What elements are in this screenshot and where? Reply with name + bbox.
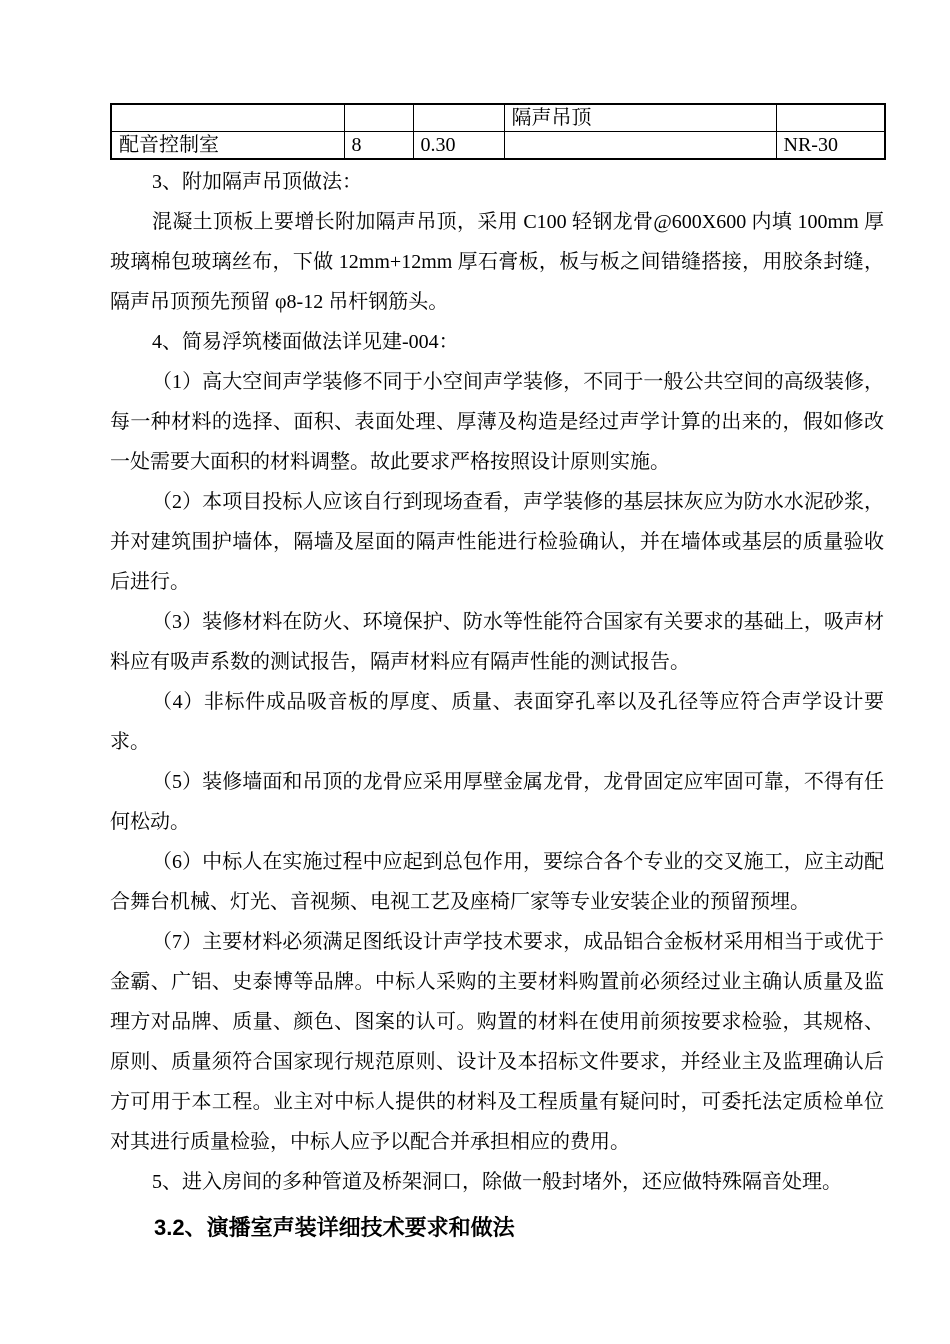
table-row: 配音控制室 8 0.30 NR-30: [111, 132, 885, 160]
paragraph-requirement-3: （3）装修材料在防火、环境保护、防水等性能符合国家有关要求的基础上，吸声材料应有…: [110, 602, 884, 682]
paragraph-requirement-6: （6）中标人在实施过程中应起到总包作用，要综合各个专业的交叉施工，应主动配合舞台…: [110, 842, 884, 922]
table-cell-treatment: 隔声吊顶: [504, 104, 776, 132]
table-cell-value-2: [413, 104, 504, 132]
table-cell-room: [111, 104, 344, 132]
document-page: { "document": { "colors": { "background"…: [0, 0, 950, 1344]
table-cell-treatment: [504, 132, 776, 160]
document-body: 3、附加隔声吊顶做法： 混凝土顶板上要增长附加隔声吊顶，采用 C100 轻钢龙骨…: [110, 162, 884, 1250]
paragraph-ceiling-method: 混凝土顶板上要增长附加隔声吊顶，采用 C100 轻钢龙骨@600X600 内填 …: [110, 202, 884, 322]
table-cell-value-2: 0.30: [413, 132, 504, 160]
table-cell-value-1: 8: [344, 132, 413, 160]
paragraph-requirement-4: （4）非标件成品吸音板的厚度、质量、表面穿孔率以及孔径等应符合声学设计要求。: [110, 682, 884, 762]
table-cell-room: 配音控制室: [111, 132, 344, 160]
table-cell-noise-level: [776, 104, 885, 132]
table-row: 隔声吊顶: [111, 104, 885, 132]
page: 隔声吊顶 配音控制室 8 0.30 NR-30 3、附加隔声吊顶做法： 混凝土顶…: [0, 0, 950, 1344]
acoustic-spec-table: 隔声吊顶 配音控制室 8 0.30 NR-30: [110, 103, 886, 160]
section-heading-3-2: 3.2、演播室声装详细技术要求和做法: [110, 1206, 884, 1250]
paragraph-requirement-7: （7）主要材料必须满足图纸设计声学技术要求，成品铝合金板材采用相当于或优于金霸、…: [110, 922, 884, 1162]
paragraph-requirement-1: （1）高大空间声学装修不同于小空间声学装修，不同于一般公共空间的高级装修，每一种…: [110, 362, 884, 482]
list-item-3: 3、附加隔声吊顶做法：: [110, 162, 884, 202]
paragraph-requirement-2: （2）本项目投标人应该自行到现场查看，声学装修的基层抹灰应为防水水泥砂浆，并对建…: [110, 482, 884, 602]
list-item-5: 5、进入房间的多种管道及桥架洞口，除做一般封堵外，还应做特殊隔音处理。: [110, 1162, 884, 1202]
table-cell-noise-level: NR-30: [776, 132, 885, 160]
list-item-4: 4、简易浮筑楼面做法详见建-004：: [110, 322, 884, 362]
table-cell-value-1: [344, 104, 413, 132]
paragraph-requirement-5: （5）装修墙面和吊顶的龙骨应采用厚壁金属龙骨，龙骨固定应牢固可靠，不得有任何松动…: [110, 762, 884, 842]
